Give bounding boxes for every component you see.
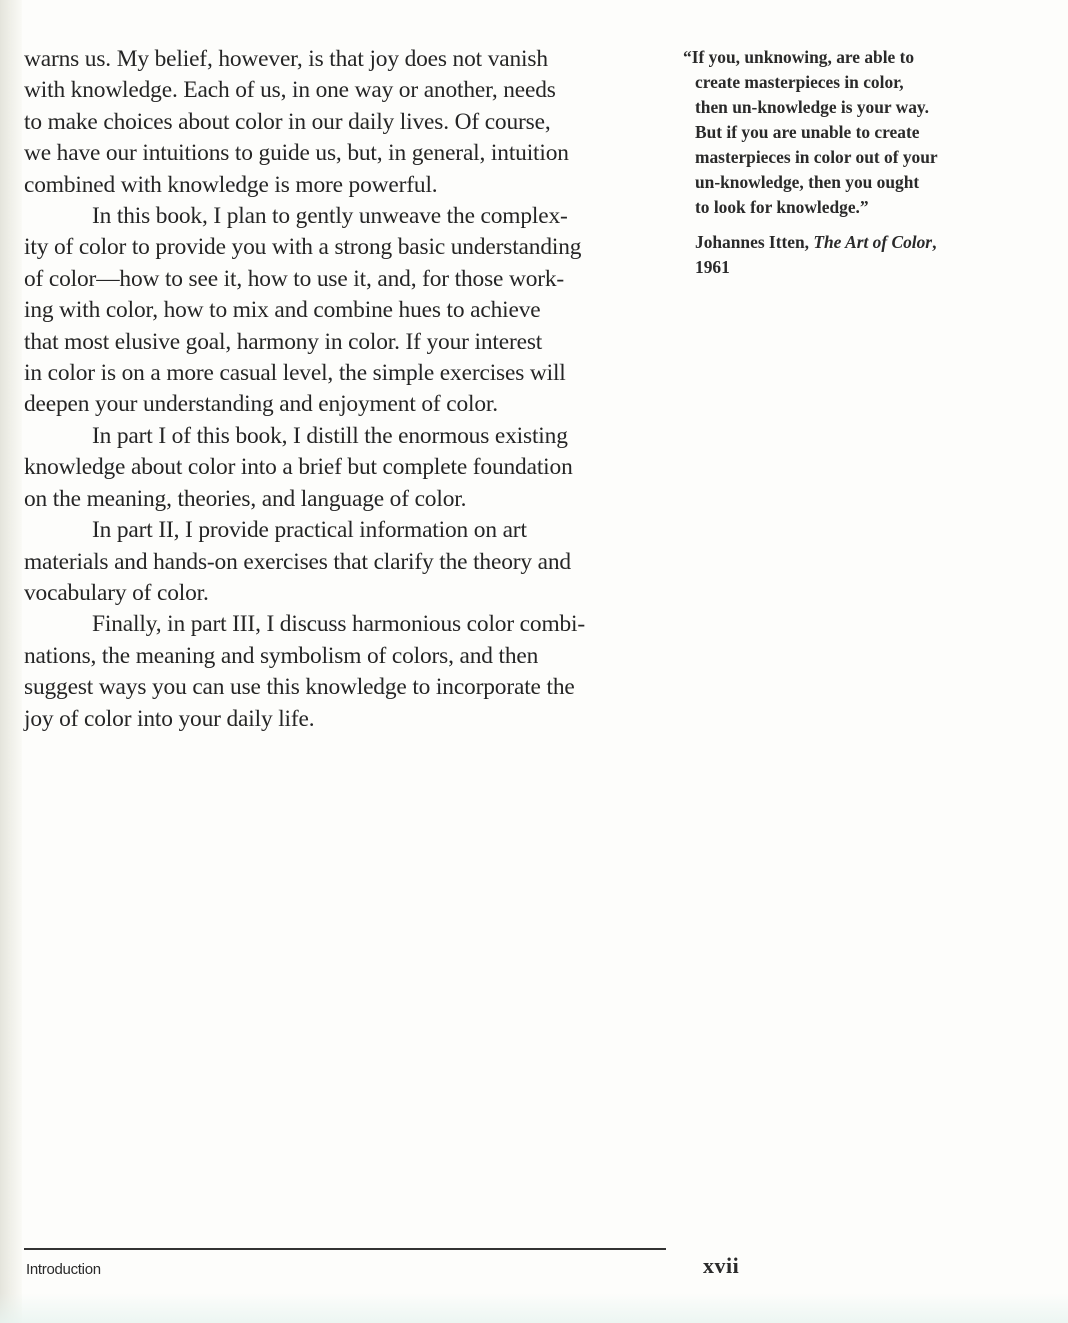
quote-line: masterpieces in color out of your (683, 145, 1003, 170)
text-line: ing with color, how to mix and combine h… (24, 295, 664, 326)
paragraph-3: In part I of this book, I distill the en… (24, 421, 664, 515)
running-footer-section: Introduction (26, 1261, 101, 1278)
quote-line: create masterpieces in color, (683, 70, 1003, 95)
text-line: joy of color into your daily life. (24, 704, 664, 735)
text-line: in color is on a more casual level, the … (24, 358, 664, 389)
paragraph-5: Finally, in part III, I discuss harmonio… (24, 609, 664, 735)
quote-line: un-knowledge, then you ought (683, 170, 1003, 195)
text-line: In this book, I plan to gently unweave t… (24, 201, 664, 232)
body-text-column: warns us. My belief, however, is that jo… (24, 44, 664, 735)
text-line: knowledge about color into a brief but c… (24, 452, 664, 483)
text-line: we have our intuitions to guide us, but,… (24, 138, 664, 169)
paragraph-4: In part II, I provide practical informat… (24, 515, 664, 609)
attribution-comma: , (932, 232, 936, 252)
epigraph-attribution: Johannes Itten, The Art of Color, 1961 (683, 230, 1003, 280)
quote-line: then un-knowledge is your way. (683, 95, 1003, 120)
attribution-year: 1961 (695, 257, 730, 277)
quote-line: to look for knowledge.” (683, 195, 1003, 220)
text-line: warns us. My belief, however, is that jo… (24, 44, 664, 75)
epigraph-quote: “If you, unknowing, are able to create m… (683, 45, 1003, 220)
text-line: combined with knowledge is more powerful… (24, 170, 664, 201)
gutter-shadow (0, 0, 22, 1323)
text-line: In part II, I provide practical informat… (24, 515, 664, 546)
page-number: xvii (703, 1253, 739, 1279)
attribution-work-title: The Art of Color (813, 232, 932, 252)
attribution-author: Johannes Itten, (695, 232, 813, 252)
text-line: of color—how to see it, how to use it, a… (24, 264, 664, 295)
sidebar-epigraph: “If you, unknowing, are able to create m… (683, 45, 1003, 280)
text-line: deepen your understanding and enjoyment … (24, 389, 664, 420)
footer-rule (24, 1248, 666, 1250)
text-line: on the meaning, theories, and language o… (24, 484, 664, 515)
text-line: nations, the meaning and symbolism of co… (24, 641, 664, 672)
paragraph-1: warns us. My belief, however, is that jo… (24, 44, 664, 201)
text-line: ity of color to provide you with a stron… (24, 232, 664, 263)
text-line: with knowledge. Each of us, in one way o… (24, 75, 664, 106)
text-line: that most elusive goal, harmony in color… (24, 327, 664, 358)
text-line: materials and hands-on exercises that cl… (24, 547, 664, 578)
text-line: In part I of this book, I distill the en… (24, 421, 664, 452)
text-line: to make choices about color in our daily… (24, 107, 664, 138)
scan-edge-tint (0, 1293, 1068, 1323)
quote-line: “If you, unknowing, are able to (683, 45, 1003, 70)
text-line: suggest ways you can use this knowledge … (24, 672, 664, 703)
paragraph-2: In this book, I plan to gently unweave t… (24, 201, 664, 421)
quote-line: But if you are unable to create (683, 120, 1003, 145)
text-line: vocabulary of color. (24, 578, 664, 609)
text-line: Finally, in part III, I discuss harmonio… (24, 609, 664, 640)
